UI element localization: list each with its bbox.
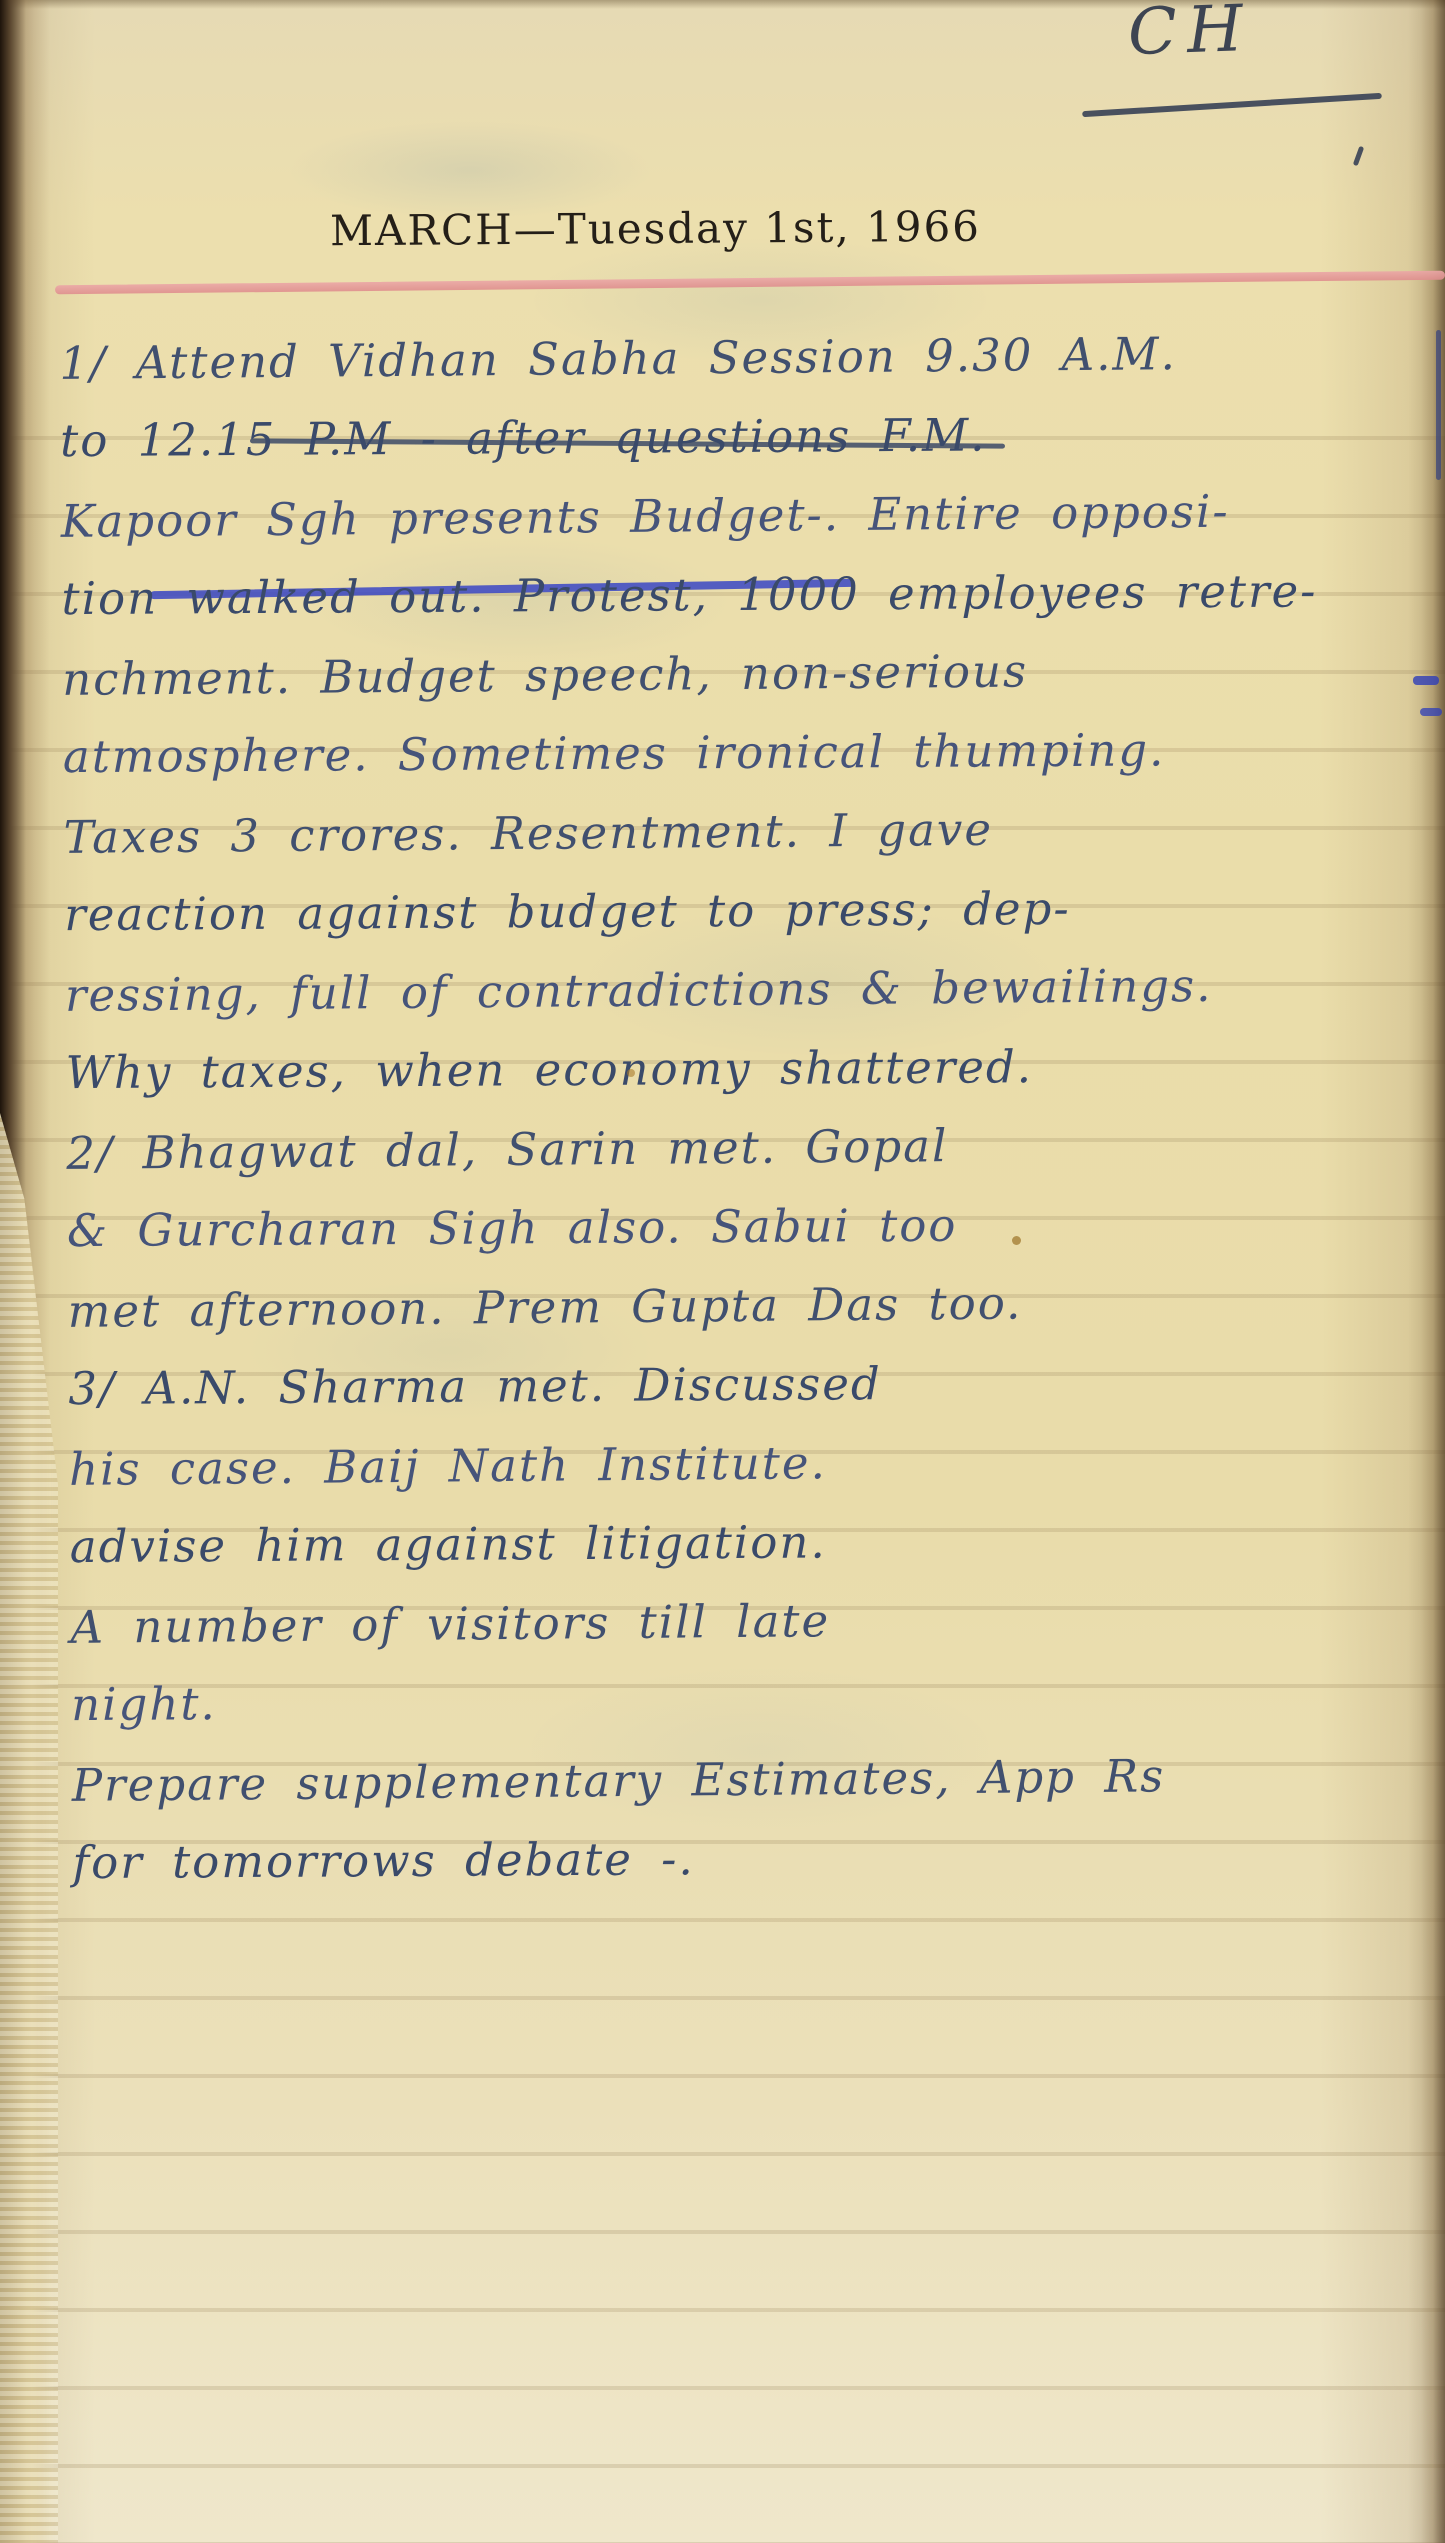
diary-line: to 12.15 P.M - after questions F.M. [60, 393, 1405, 480]
diary-line: met afternoon. Prem Gupta Das too. [67, 1260, 1413, 1351]
diary-line: reaction against budget to press; dep- [64, 867, 1409, 954]
diary-page-scan: CH MARCH—Tuesday 1st, 1966 1/ Attend Vid… [0, 0, 1445, 2543]
diary-line: 3/ A.N. Sharma met. Discussed [68, 1341, 1413, 1428]
edge-ink-mark [1436, 330, 1441, 480]
diary-line: atmosphere. Sometimes ironical thumping. [63, 709, 1408, 796]
diary-line: tion walked out. Protest, 1000 employees… [61, 551, 1406, 638]
diary-line: Kapoor Sgh presents Budget-. Entire oppo… [61, 470, 1407, 561]
diary-line: his case. Baij Nath Institute. [69, 1418, 1415, 1509]
corner-tick-mark [1353, 146, 1365, 167]
paper-speck [1012, 1236, 1021, 1245]
diary-line: Why taxes, when economy shattered. [65, 1025, 1410, 1112]
page-right-edge [1421, 0, 1445, 2543]
diary-line: for tomorrows debate -. [72, 1815, 1417, 1902]
diary-line: & Gurcharan Sigh also. Sabui too [67, 1183, 1412, 1270]
header-rule [55, 271, 1445, 295]
diary-line: nchment. Budget speech, non-serious [62, 628, 1408, 719]
diary-line: 1/ Attend Vidhan Sabha Session 9.30 A.M. [59, 312, 1405, 403]
diary-line: 2/ Bhagwat dal, Sarin met. Gopal [66, 1102, 1412, 1193]
diary-line: Taxes 3 crores. Resentment. I gave [63, 786, 1409, 877]
handwritten-entry: 1/ Attend Vidhan Sabha Session 9.30 A.M.… [59, 312, 1418, 1904]
paper-speck [627, 1069, 635, 1077]
diary-line: advise him against litigation. [70, 1499, 1415, 1586]
printed-date-header: MARCH—Tuesday 1st, 1966 [330, 202, 981, 256]
corner-mark-handwritten: CH [1127, 0, 1254, 70]
diary-line: night. [71, 1657, 1416, 1744]
edge-ink-mark [1413, 676, 1439, 685]
diary-line: A number of visitors till late [70, 1576, 1416, 1667]
corner-mark-underline [1082, 93, 1382, 117]
edge-ink-mark [1420, 708, 1442, 716]
diary-line: Prepare supplementary Estimates, App Rs [72, 1734, 1418, 1825]
diary-line: ressing, full of contradictions & bewail… [65, 944, 1411, 1035]
